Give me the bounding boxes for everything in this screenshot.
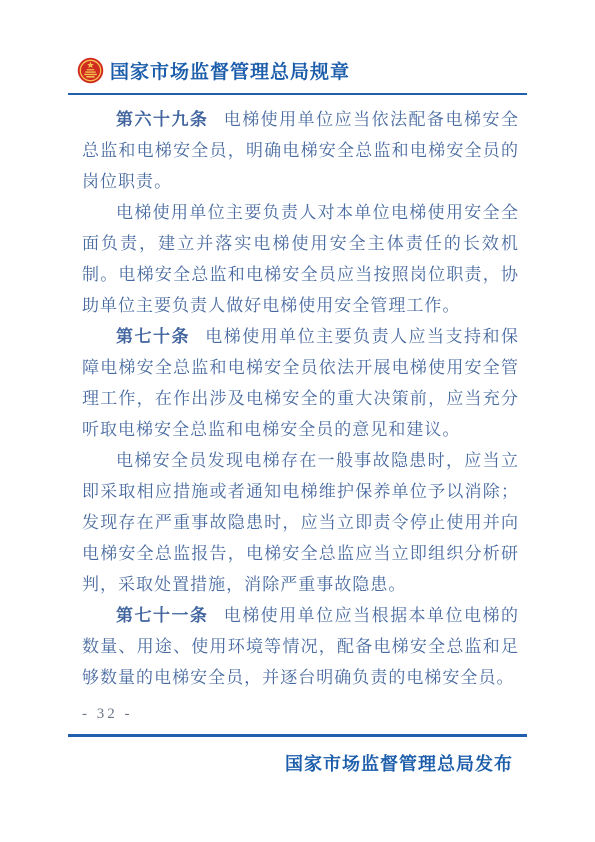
publisher-label: 国家市场监督管理总局发布 (285, 750, 513, 776)
paragraph-text: 电梯安全员发现电梯存在一般事故隐患时，应当立即采取相应措施或者通知电梯维护保养单… (82, 451, 519, 594)
regulation-paragraph: 第六十九条电梯使用单位应当依法配备电梯安全总监和电梯安全员，明确电梯安全总监和电… (82, 104, 519, 197)
paragraph-text: 电梯使用单位主要负责人对本单位电梯使用安全全面负责，建立并落实电梯使用安全主体责… (82, 203, 519, 315)
article-number: 第六十九条 (116, 110, 208, 129)
footer-divider (68, 734, 527, 737)
regulation-paragraph: 电梯安全员发现电梯存在一般事故隐患时，应当立即采取相应措施或者通知电梯维护保养单… (82, 445, 519, 600)
article-number: 第七十条 (116, 327, 190, 346)
document-header-title: 国家市场监督管理总局规章 (110, 57, 350, 84)
regulation-body: 第六十九条电梯使用单位应当依法配备电梯安全总监和电梯安全员，明确电梯安全总监和电… (82, 104, 519, 693)
page-number: - 32 - (82, 706, 133, 723)
regulation-paragraph: 第七十条电梯使用单位主要负责人应当支持和保障电梯安全总监和电梯安全员依法开展电梯… (82, 321, 519, 445)
page-header: 国家市场监督管理总局规章 (68, 56, 527, 95)
document-page: 国家市场监督管理总局规章 第六十九条电梯使用单位应当依法配备电梯安全总监和电梯安… (0, 0, 595, 842)
header-divider (68, 93, 527, 95)
regulation-paragraph: 电梯使用单位主要负责人对本单位电梯使用安全全面负责，建立并落实电梯使用安全主体责… (82, 197, 519, 321)
article-number: 第七十一条 (116, 606, 208, 625)
china-national-emblem-icon (77, 56, 104, 85)
regulation-paragraph: 第七十一条电梯使用单位应当根据本单位电梯的数量、用途、使用环境等情况，配备电梯安… (82, 600, 519, 693)
